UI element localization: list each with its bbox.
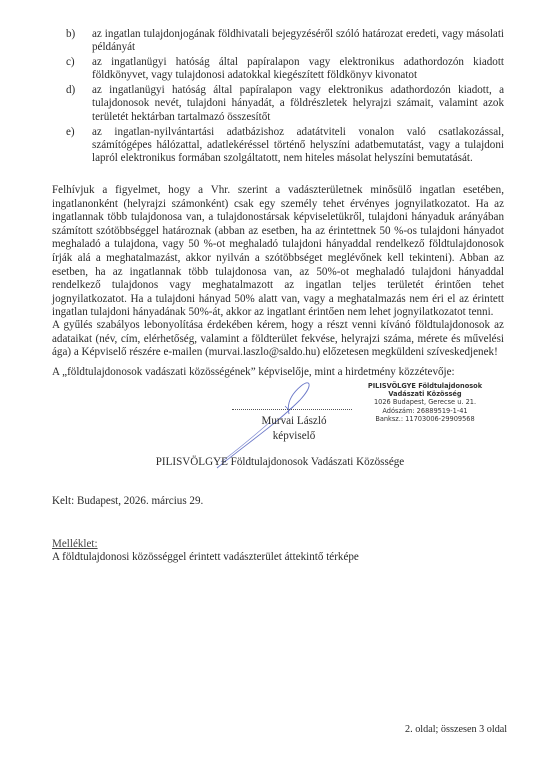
stamp-line: Banksz.: 11703006-29909568: [360, 415, 490, 423]
stamp-line: Vadászati Közösség: [360, 390, 490, 398]
list-marker: e): [66, 126, 75, 139]
list-item-text: az ingatlanügyi hatóság által papíralapo…: [92, 56, 504, 81]
list-marker: c): [66, 56, 75, 69]
list-marker: d): [66, 84, 75, 97]
required-documents-list: b) az ingatlan tulajdonjogának földhivat…: [66, 28, 504, 167]
date-line: Kelt: Budapest, 2026. március 29.: [52, 495, 203, 507]
publisher-paragraph: A „földtulajdonosok vadászati közösségén…: [52, 366, 504, 380]
organization-stamp: PILISVÖLGYE Földtulajdonosok Vadászati K…: [360, 382, 490, 423]
list-marker: b): [66, 28, 75, 41]
request-paragraph: A gyűlés szabályos lebonyolítása érdekéb…: [52, 319, 504, 360]
stamp-line: Adószám: 26889519-1-41: [360, 407, 490, 415]
signatory-role: képviselő: [244, 430, 344, 442]
list-item: d) az ingatlanügyi hatóság által papíral…: [66, 84, 504, 124]
list-item: c) az ingatlanügyi hatóság által papíral…: [66, 56, 504, 83]
stamp-line: 1026 Budapest, Gerecse u. 21.: [360, 398, 490, 406]
list-item-text: az ingatlan tulajdonjogának földhivatali…: [92, 28, 504, 53]
list-item: e) az ingatlan-nyilvántartási adatbázish…: [66, 126, 504, 166]
signatory-name: Murvai László: [244, 415, 344, 427]
list-item-text: az ingatlanügyi hatóság által papíralapo…: [92, 84, 504, 123]
stamp-line: PILISVÖLGYE Földtulajdonosok: [360, 382, 490, 390]
notice-paragraph: Felhívjuk a figyelmet, hogy a Vhr. szeri…: [52, 184, 504, 320]
list-item: b) az ingatlan tulajdonjogának földhivat…: [66, 28, 504, 55]
signatory-organization: PILISVÖLGYE Földtulajdonosok Vadászati K…: [110, 456, 450, 468]
document-page: b) az ingatlan tulajdonjogának földhivat…: [0, 0, 543, 768]
attachment-heading: Melléklet:: [52, 538, 98, 550]
list-item-text: az ingatlan-nyilvántartási adatbázishoz …: [92, 126, 504, 165]
page-footer: 2. oldal; összesen 3 oldal: [405, 724, 507, 735]
signature-line: [232, 409, 352, 410]
attachment-text: A földtulajdonosi közösséggel érintett v…: [52, 551, 359, 563]
